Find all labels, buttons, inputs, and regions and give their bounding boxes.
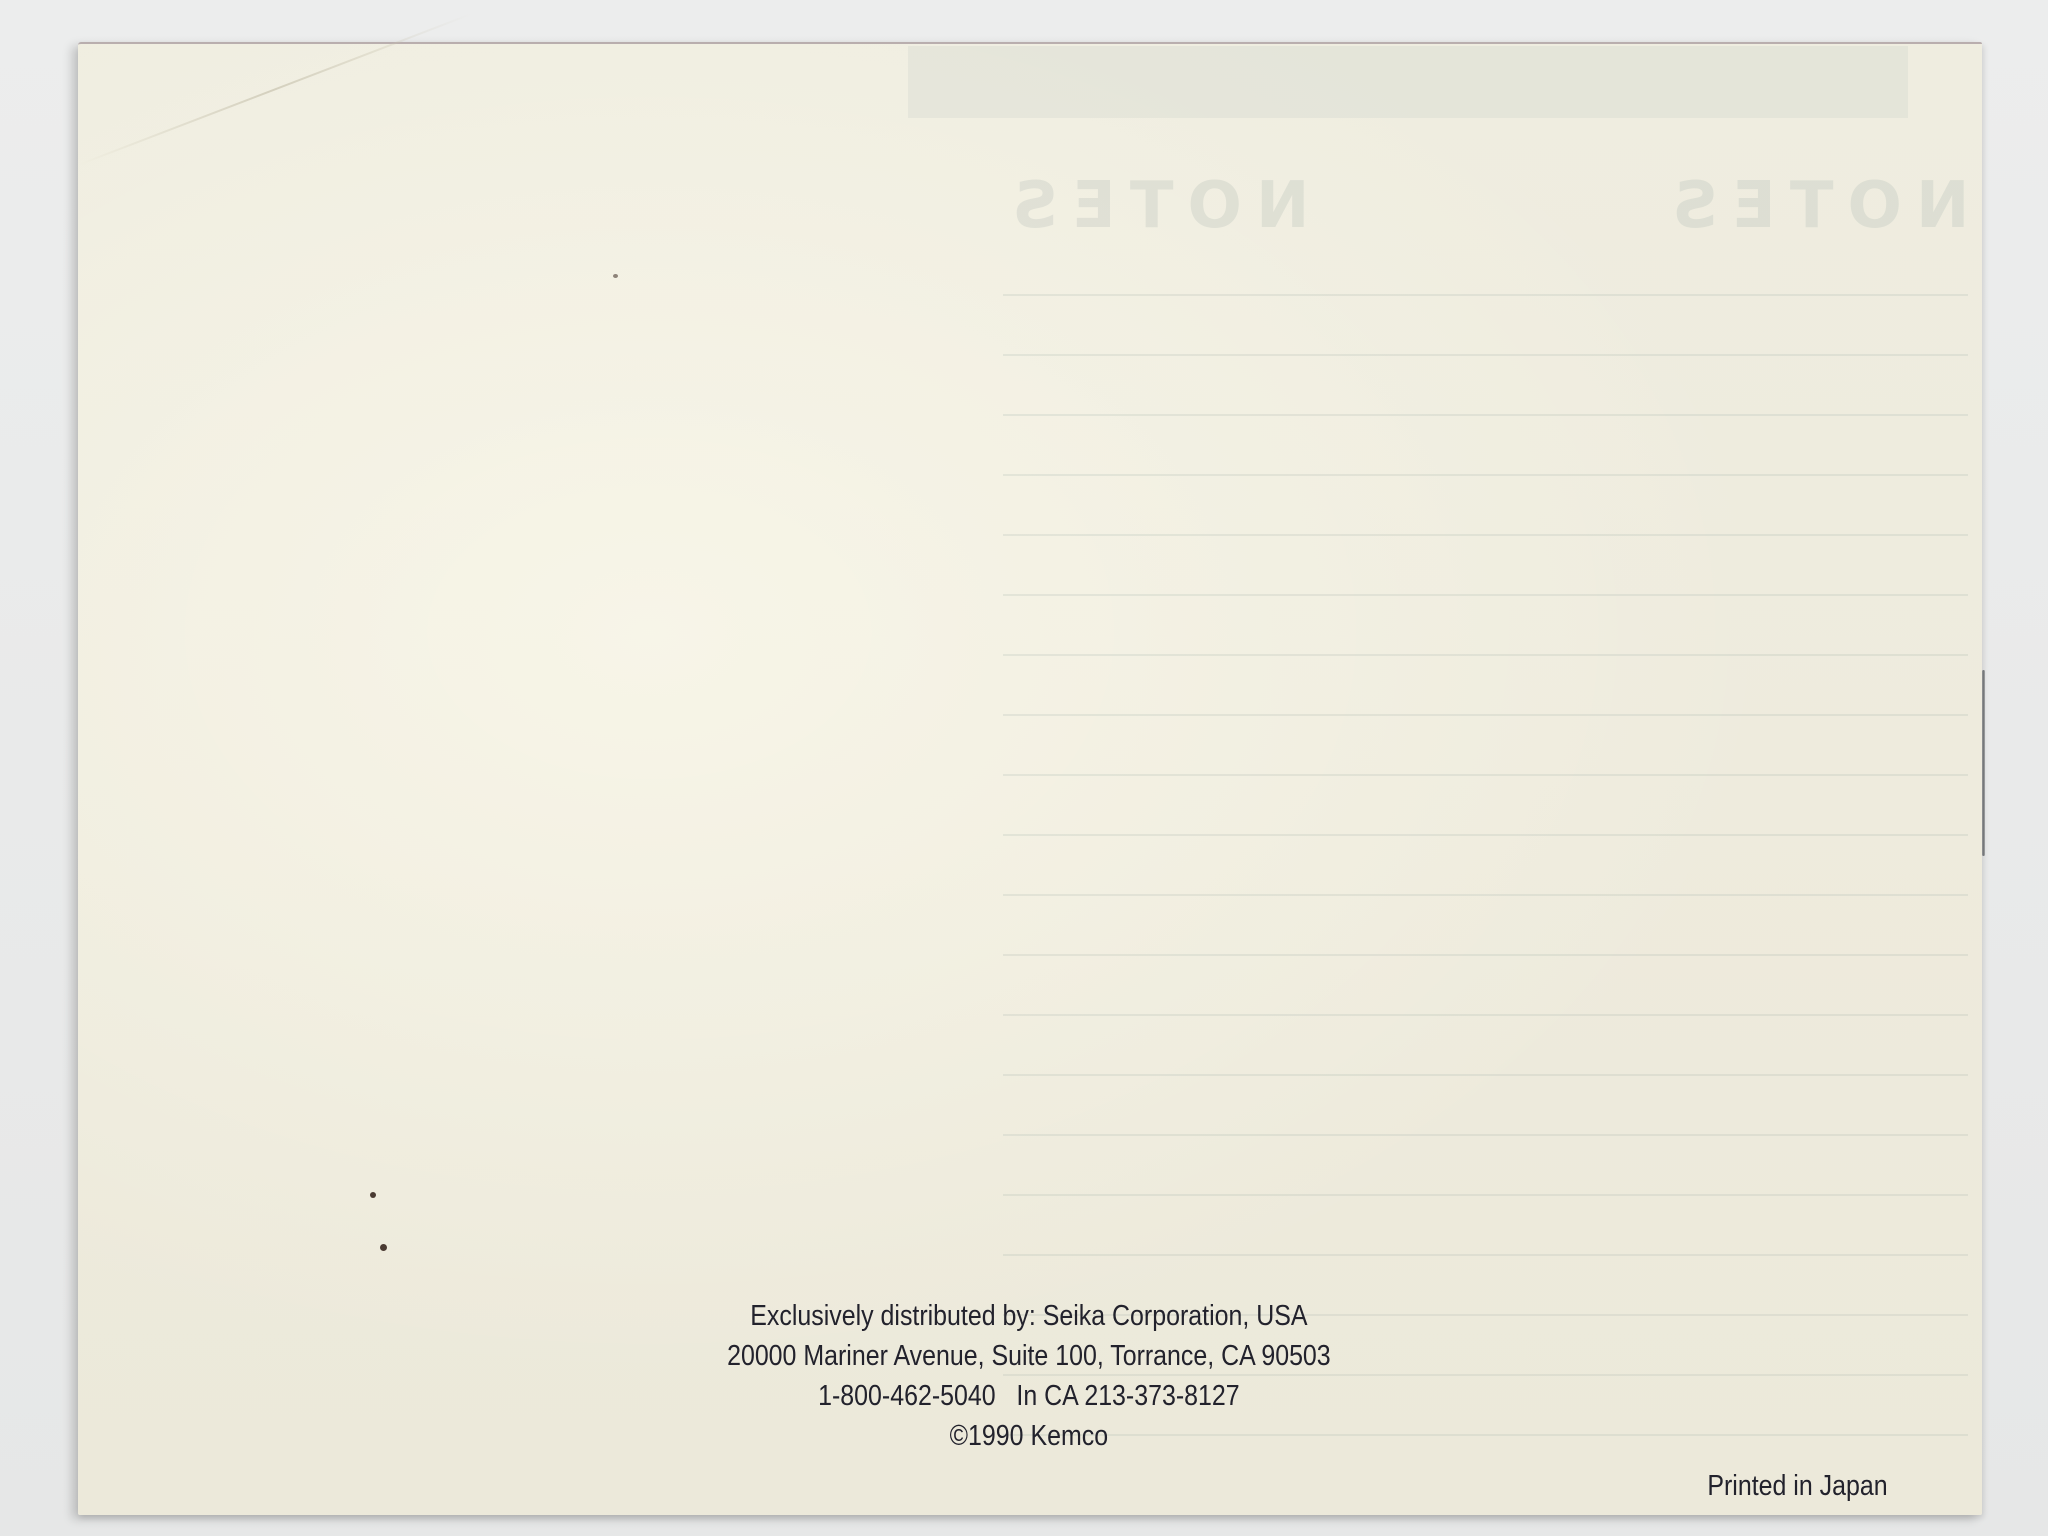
manual-back-cover: NOTES NOTES Exclusively distributed by: …: [78, 42, 1982, 1515]
copyright-line: ©1990 Kemco: [210, 1416, 1847, 1456]
show-through-rule: [1003, 1014, 1968, 1016]
address-line: 20000 Mariner Avenue, Suite 100, Torranc…: [210, 1336, 1847, 1376]
show-through-notes-page: NOTES NOTES: [908, 44, 1908, 1504]
show-through-rule: [1003, 1074, 1968, 1076]
paper-crease: [78, 14, 471, 166]
show-through-header-band: [908, 46, 1908, 118]
show-through-rule: [1003, 654, 1968, 656]
show-through-rule: [1003, 594, 1968, 596]
show-through-rule: [1003, 474, 1968, 476]
distributor-line: Exclusively distributed by: Seika Corpor…: [210, 1296, 1847, 1336]
phone-line: 1-800-462-5040 In CA 213-373-8127: [210, 1376, 1847, 1416]
show-through-rule: [1003, 834, 1968, 836]
show-through-heading-mirrored-2: NOTES: [1658, 169, 1969, 243]
show-through-rule: [1003, 1194, 1968, 1196]
paper-speck: [380, 1244, 387, 1251]
show-through-rule: [1003, 534, 1968, 536]
show-through-rule: [1003, 414, 1968, 416]
paper-speck: [613, 274, 618, 278]
printed-in-label: Printed in Japan: [1708, 1470, 1888, 1503]
show-through-rule: [1003, 954, 1968, 956]
show-through-rule: [1003, 714, 1968, 716]
show-through-rule: [1003, 354, 1968, 356]
show-through-rule: [1003, 1254, 1968, 1256]
show-through-rule: [1003, 1134, 1968, 1136]
paper-speck: [370, 1192, 376, 1198]
staple: [1982, 670, 1985, 856]
show-through-rule: [1003, 774, 1968, 776]
show-through-heading-mirrored: NOTES: [998, 169, 1309, 243]
distributor-info: Exclusively distributed by: Seika Corpor…: [210, 1296, 1847, 1456]
photo-scene: NOTES NOTES Exclusively distributed by: …: [0, 0, 2048, 1536]
show-through-rule: [1003, 294, 1968, 296]
show-through-rule: [1003, 894, 1968, 896]
